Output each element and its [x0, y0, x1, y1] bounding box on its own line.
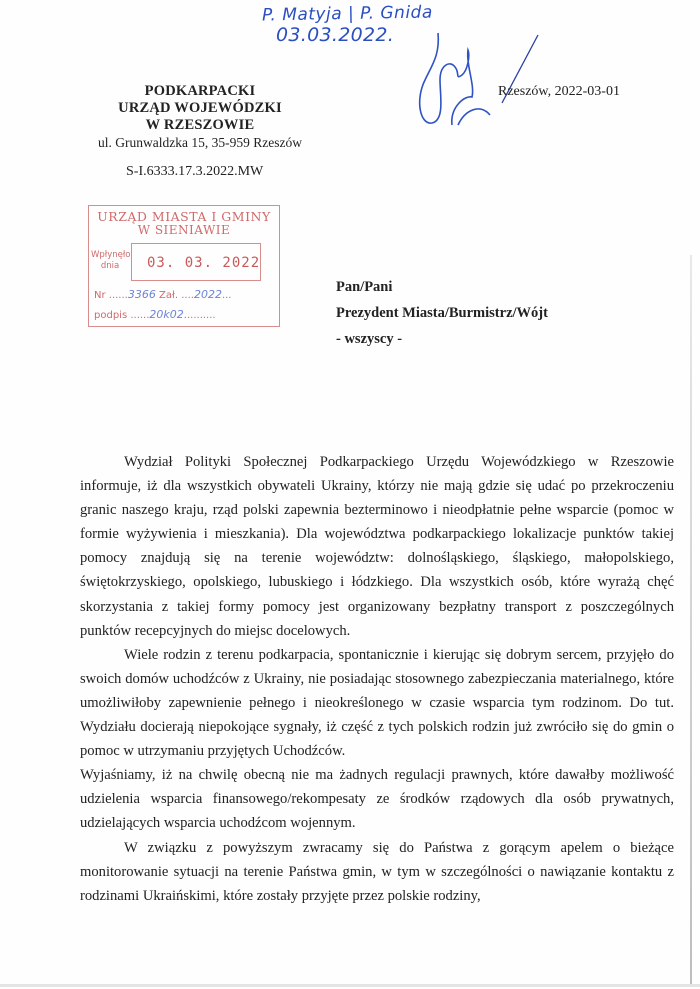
- stamp-zal-label: Zał.: [159, 290, 178, 301]
- stamp-zal-value: 2022: [194, 288, 222, 301]
- stamp-received-date: 03. 03. 2022: [147, 255, 260, 271]
- stamp-nr-value: 3366: [128, 288, 156, 301]
- stamp-received-label: Wpłynęło dnia: [91, 250, 129, 272]
- document-page: P. Matyja | P. Gnida 03.03.2022. PODKARP…: [0, 0, 700, 989]
- handwritten-assignment: P. Matyja | P. Gnida: [262, 3, 433, 26]
- stamp-office-location: W SIENIAWIE: [89, 223, 279, 237]
- received-stamp: URZĄD MIASTA I GMINY W SIENIAWIE Wpłynęł…: [88, 205, 280, 327]
- page-edge-shadow: [690, 255, 692, 985]
- letter-body: Wydział Polityki Społecznej Podkarpackie…: [80, 450, 674, 908]
- stamp-signature-row: podpis ......20k02..........: [94, 308, 216, 321]
- body-paragraph: W związku z powyższym zwracamy się do Pa…: [80, 836, 674, 908]
- issuer-header: PODKARPACKI URZĄD WOJEWÓDZKI W RZESZOWIE…: [80, 83, 320, 152]
- signature-scribble-icon: [410, 25, 540, 135]
- body-paragraph: Wiele rodzin z terenu podkarpacia, spont…: [80, 643, 674, 763]
- issuer-line-3: W RZESZOWIE: [80, 117, 320, 134]
- reference-number: S-I.6333.17.3.2022.MW: [126, 164, 263, 180]
- recipient-line-1: Pan/Pani: [336, 279, 548, 305]
- body-paragraph: Wydział Polityki Społecznej Podkarpackie…: [80, 450, 674, 643]
- stamp-nr-label: Nr: [94, 290, 106, 301]
- stamp-signature-value: 20k02: [149, 308, 183, 321]
- stamp-number-row: Nr ......3366 Zał. ....2022...: [94, 288, 232, 301]
- recipient-line-2: Prezydent Miasta/Burmistrz/Wójt: [336, 305, 548, 331]
- issuer-line-2: URZĄD WOJEWÓDZKI: [80, 100, 320, 117]
- body-paragraph: Wyjaśniamy, iż na chwilę obecną nie ma ż…: [80, 763, 674, 835]
- recipient-line-3: - wszyscy -: [336, 331, 548, 357]
- place-and-date: Rzeszów, 2022-03-01: [498, 84, 620, 100]
- stamp-office-name: URZĄD MIASTA I GMINY: [89, 209, 279, 224]
- handwritten-date: 03.03.2022.: [276, 24, 394, 46]
- page-bottom-edge: [0, 984, 700, 987]
- recipient-block: Pan/Pani Prezydent Miasta/Burmistrz/Wójt…: [336, 279, 548, 357]
- issuer-address: ul. Grunwaldzka 15, 35-959 Rzeszów: [80, 134, 320, 152]
- issuer-line-1: PODKARPACKI: [80, 83, 320, 100]
- stamp-signature-label: podpis: [94, 310, 127, 321]
